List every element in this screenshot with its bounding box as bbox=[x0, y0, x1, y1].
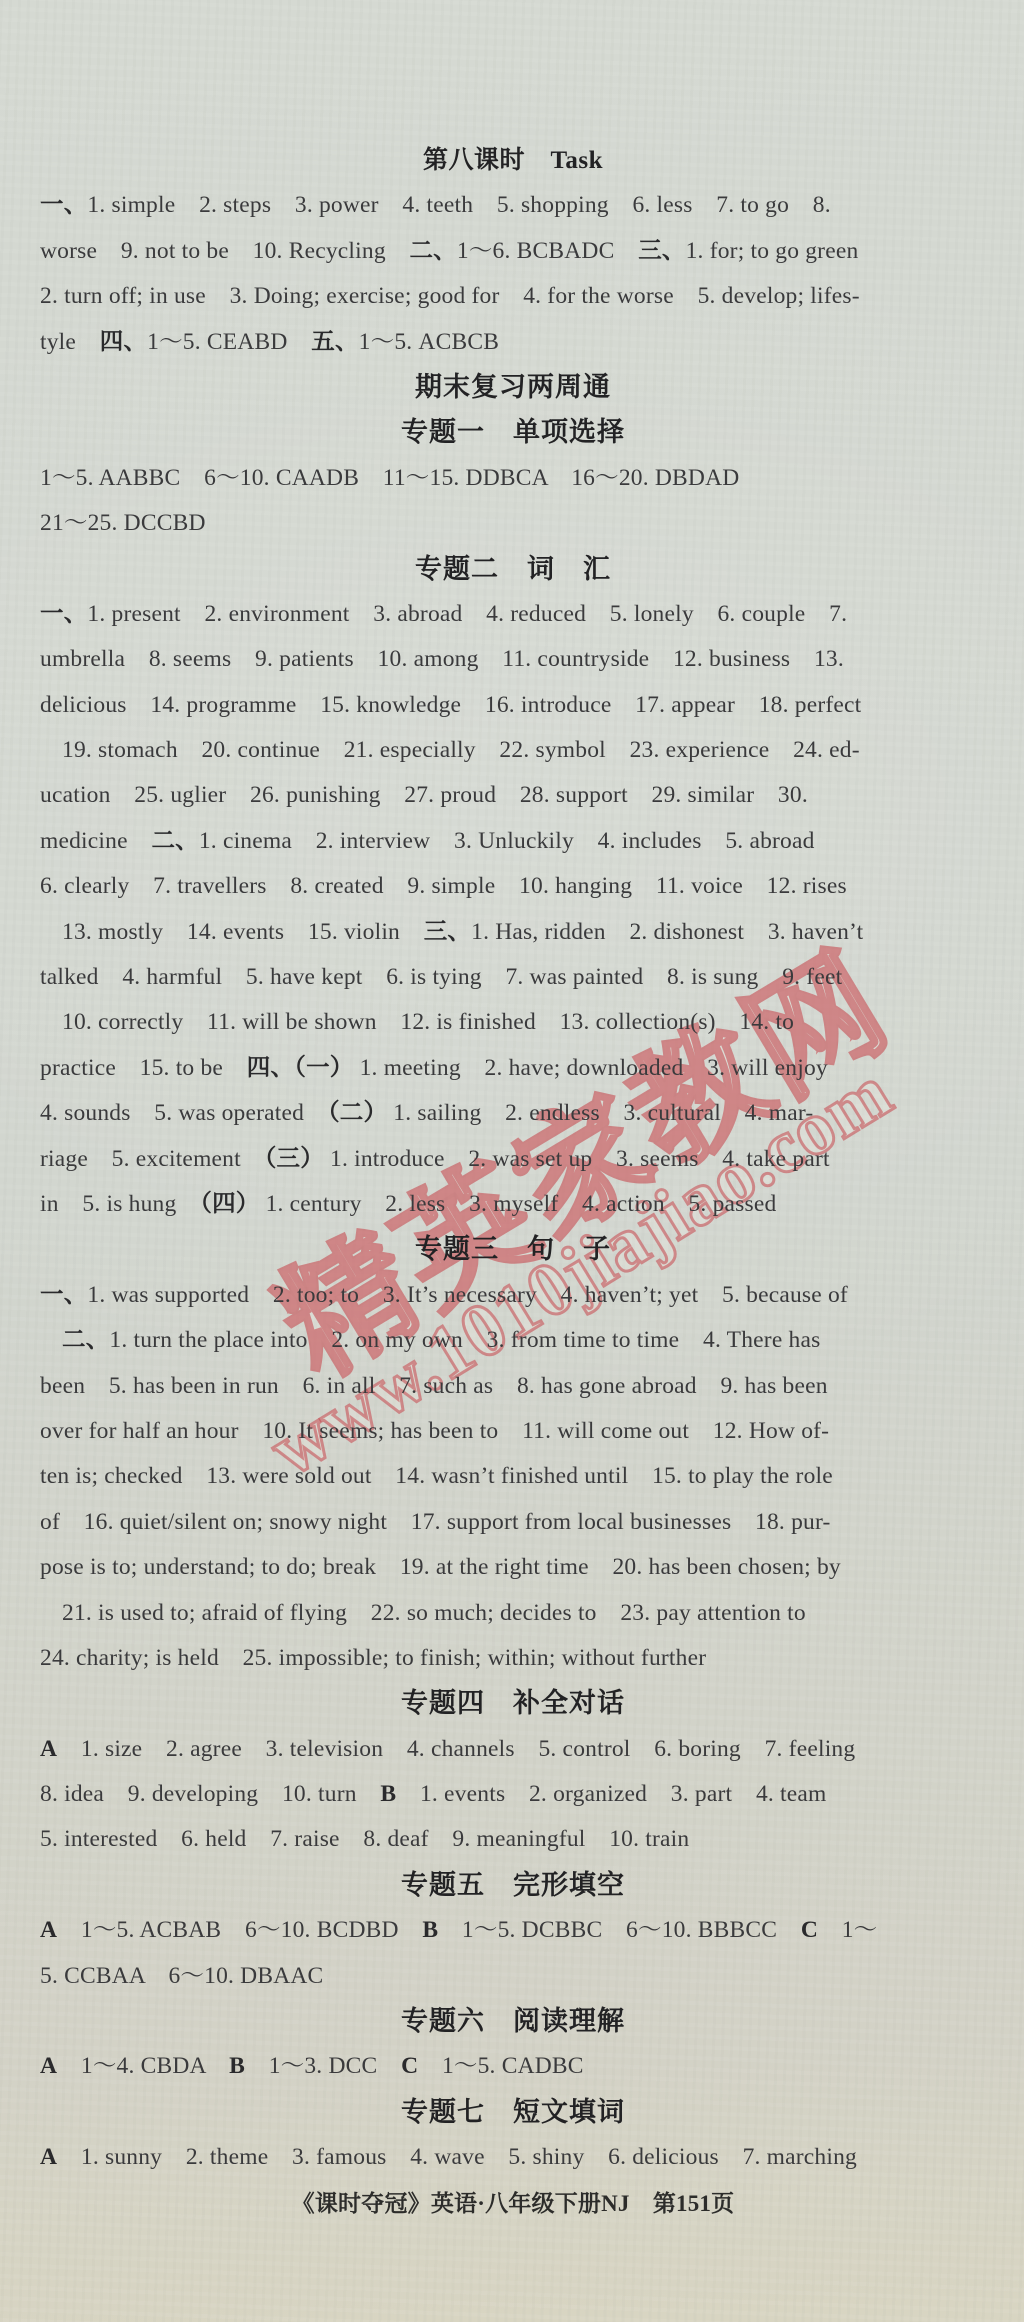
text-line: 21～25. DCCBD bbox=[40, 501, 986, 546]
text-line: talked 4. harmful 5. have kept 6. is tyi… bbox=[40, 955, 986, 1000]
text-line: over for half an hour 10. It seems; has … bbox=[40, 1409, 986, 1454]
text-line: 一、1. simple 2. steps 3. power 4. teeth 5… bbox=[40, 183, 986, 228]
text-line: ucation 25. uglier 26. punishing 27. pro… bbox=[40, 773, 986, 818]
text-line: 二、1. turn the place into 2. on my own 3.… bbox=[40, 1318, 986, 1363]
answer-key-content: 第八课时 Task一、1. simple 2. steps 3. power 4… bbox=[0, 0, 1024, 2226]
text-line: tyle 四、1～5. CEABD 五、1～5. ACBCB bbox=[40, 320, 986, 365]
scanned-answer-page: 精英家教网 www.1010jiajiao.com 第八课时 Task一、1. … bbox=[0, 0, 1024, 2322]
text-line: 19. stomach 20. continue 21. especially … bbox=[40, 728, 986, 773]
section-heading: 专题五 完形填空 bbox=[40, 1863, 986, 1908]
text-line: A 1. sunny 2. theme 3. famous 4. wave 5.… bbox=[40, 2135, 986, 2180]
text-line: riage 5. excitement （三） 1. introduce 2. … bbox=[40, 1137, 986, 1182]
text-line: been 5. has been in run 6. in all 7. suc… bbox=[40, 1364, 986, 1409]
text-line: 24. charity; is held 25. impossible; to … bbox=[40, 1636, 986, 1681]
text-line: 一、1. was supported 2. too; to 3. It’s ne… bbox=[40, 1273, 986, 1318]
text-line: ten is; checked 13. were sold out 14. wa… bbox=[40, 1454, 986, 1499]
text-line: medicine 二、1. cinema 2. interview 3. Unl… bbox=[40, 819, 986, 864]
text-line: 21. is used to; afraid of flying 22. so … bbox=[40, 1591, 986, 1636]
text-line: 13. mostly 14. events 15. violin 三、1. Ha… bbox=[40, 910, 986, 955]
section-heading: 专题四 补全对话 bbox=[40, 1681, 986, 1726]
text-line: 8. idea 9. developing 10. turn B 1. even… bbox=[40, 1772, 986, 1817]
text-line: 6. clearly 7. travellers 8. created 9. s… bbox=[40, 864, 986, 909]
section-heading: 专题七 短文填词 bbox=[40, 2090, 986, 2135]
section-heading: 专题六 阅读理解 bbox=[40, 1999, 986, 2044]
lesson-heading: 第八课时 Task bbox=[40, 138, 986, 183]
text-line: 5. interested 6. held 7. raise 8. deaf 9… bbox=[40, 1817, 986, 1862]
text-line: 5. CCBAA 6～10. DBAAC bbox=[40, 1954, 986, 1999]
text-line: 10. correctly 11. will be shown 12. is f… bbox=[40, 1000, 986, 1045]
section-heading: 专题一 单项选择 bbox=[40, 410, 986, 455]
section-heading: 期末复习两周通 bbox=[40, 365, 986, 410]
text-line: A 1～5. ACBAB 6～10. BCDBD B 1～5. DCBBC 6～… bbox=[40, 1908, 986, 1953]
text-line: delicious 14. programme 15. knowledge 16… bbox=[40, 683, 986, 728]
text-line: worse 9. not to be 10. Recycling 二、1～6. … bbox=[40, 229, 986, 274]
text-line: practice 15. to be 四、（一） 1. meeting 2. h… bbox=[40, 1046, 986, 1091]
text-line: A 1～4. CBDA B 1～3. DCC C 1～5. CADBC bbox=[40, 2044, 986, 2089]
text-line: pose is to; understand; to do; break 19.… bbox=[40, 1545, 986, 1590]
text-line: 一、1. present 2. environment 3. abroad 4.… bbox=[40, 592, 986, 637]
text-line: in 5. is hung （四） 1. century 2. less 3. … bbox=[40, 1182, 986, 1227]
text-line: 1～5. AABBC 6～10. CAADB 11～15. DDBCA 16～2… bbox=[40, 456, 986, 501]
section-heading: 专题二 词 汇 bbox=[40, 547, 986, 592]
text-line: umbrella 8. seems 9. patients 10. among … bbox=[40, 637, 986, 682]
text-line: 4. sounds 5. was operated （二） 1. sailing… bbox=[40, 1091, 986, 1136]
text-line: of 16. quiet/silent on; snowy night 17. … bbox=[40, 1500, 986, 1545]
section-heading: 专题三 句 子 bbox=[40, 1227, 986, 1272]
text-line: A 1. size 2. agree 3. television 4. chan… bbox=[40, 1727, 986, 1772]
page-footer: 《课时夺冠》英语·八年级下册NJ 第151页 bbox=[40, 2181, 986, 2226]
text-line: 2. turn off; in use 3. Doing; exercise; … bbox=[40, 274, 986, 319]
